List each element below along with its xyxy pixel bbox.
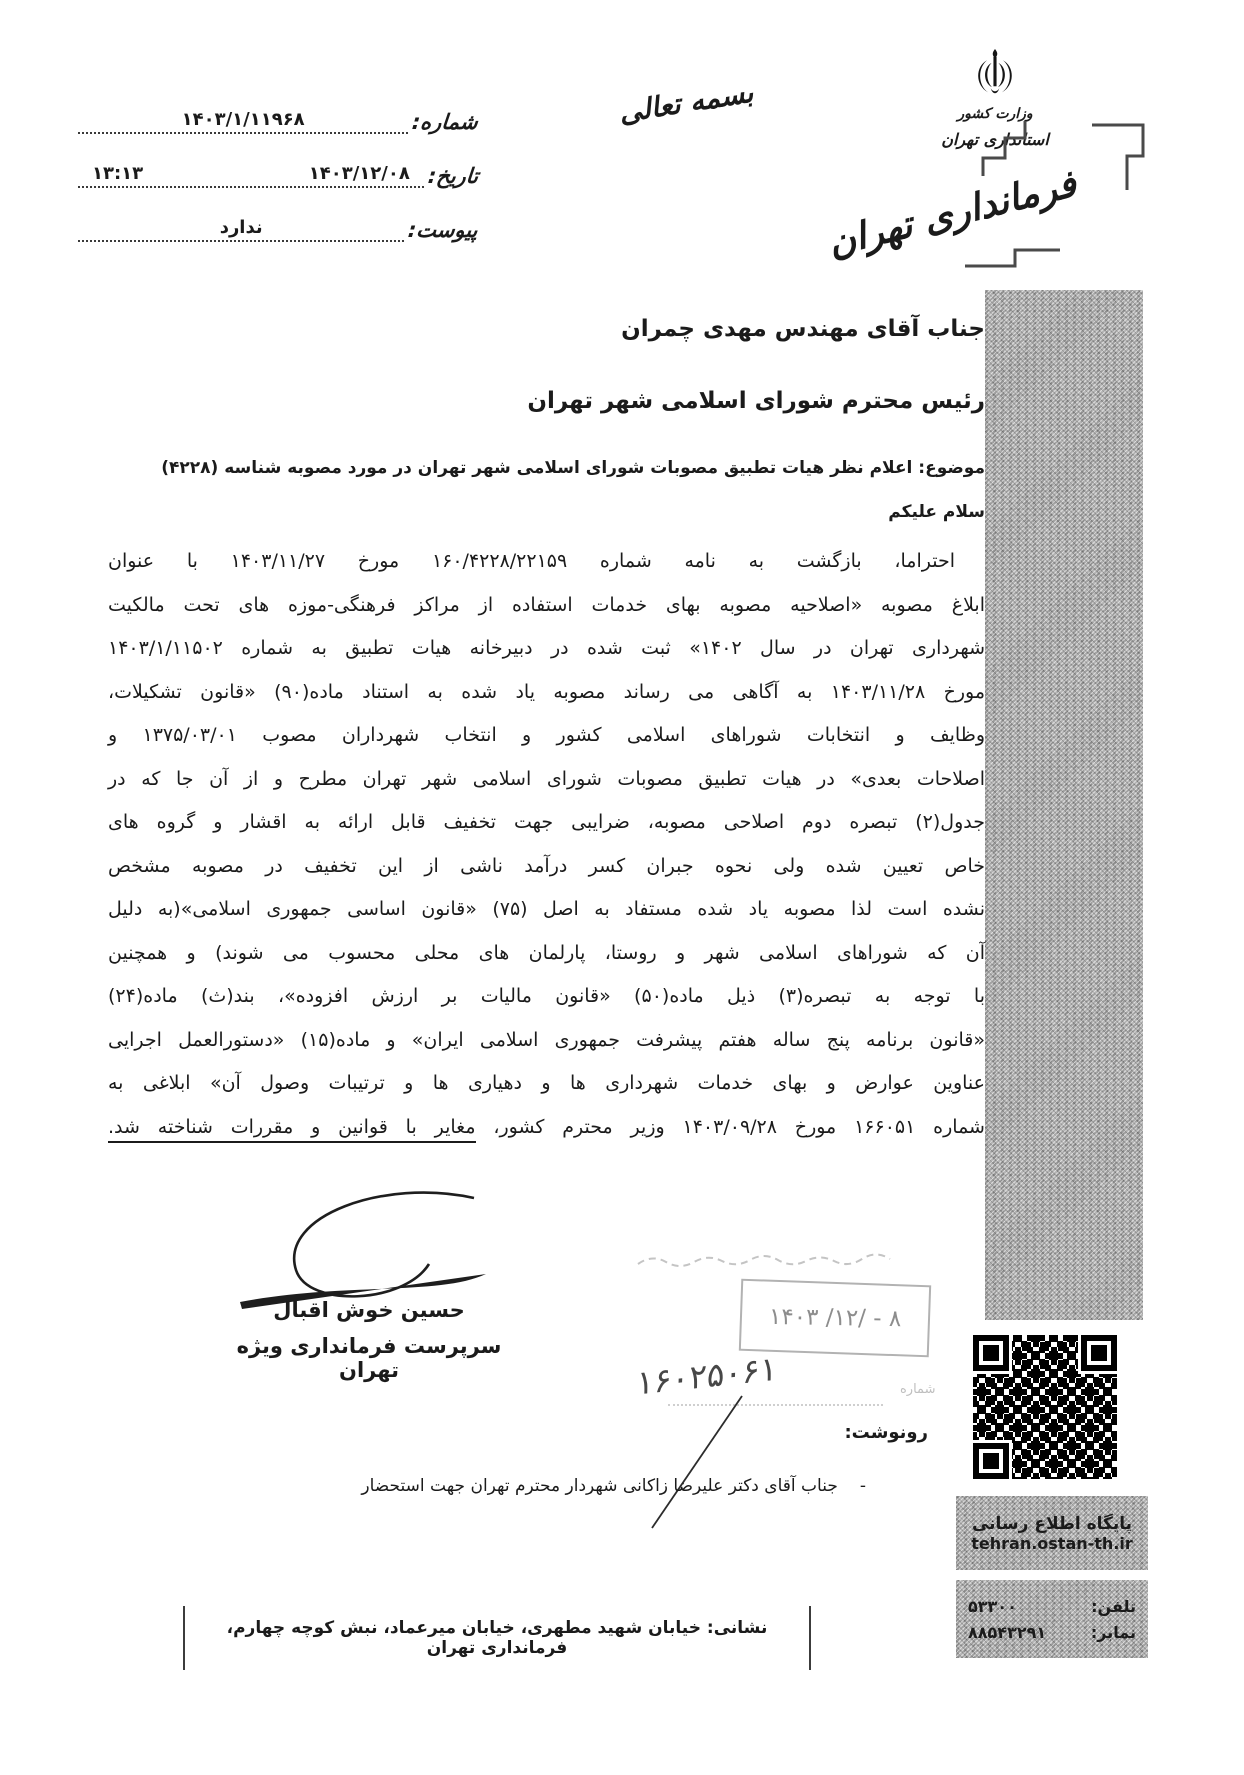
qr-finder-top-left <box>973 1335 1009 1371</box>
qr-code <box>968 1330 1122 1484</box>
cc-item: -جناب آقای دکتر علیرضا زاکانی شهردار محت… <box>361 1476 866 1496</box>
meta-attachment-row: پیوست: ندارد <box>78 212 478 242</box>
bismillah-calligraphy: بسمه تعالی <box>585 71 788 135</box>
info-portal-url: tehran.ostan-th.ir <box>971 1534 1133 1553</box>
time-value: ۱۳:۱۳ <box>92 163 143 184</box>
letter-meta-fields: شماره: ۱۴۰۳/۱/۱۱۹۶۸ تاریخ: ۱۴۰۳/۱۲/۰۸ ۱۳… <box>78 104 478 266</box>
body-line: «قانون برنامه پنج ساله هفتم پیشرفت جمهور… <box>108 1019 985 1063</box>
recipient-title: رئیس محترم شورای اسلامی شهر تهران <box>108 388 985 414</box>
letter-body-block: جناب آقای مهندس مهدی چمران رئیس محترم شو… <box>108 316 985 1149</box>
phone-fax-box: تلفن: ۵۳۳۰۰ نمابر: ۸۸۵۴۳۲۹۱ <box>956 1580 1148 1658</box>
final-line-prefix: شماره ۱۶۶۰۵۱ مورخ ۱۴۰۳/۰۹/۲۸ وزیر محترم … <box>476 1116 985 1138</box>
info-portal-box: پایگاه اطلاع رسانی tehran.ostan-th.ir <box>956 1496 1148 1570</box>
body-line: آن که شوراهای اسلامی شهر و روستا، پارلما… <box>108 932 985 976</box>
fax-value: ۸۸۵۴۳۲۹۱ <box>968 1623 1046 1642</box>
subject-line: موضوع: اعلام نظر هیات تطبیق مصوبات شورای… <box>108 458 985 478</box>
salutation: سلام علیکم <box>108 502 985 522</box>
body-line: عناوین عوارض و بهای خدمات شهرداری ها و د… <box>108 1062 985 1106</box>
final-line-underlined: مغایر با قوانین و مقررات شناخته شد. <box>108 1116 476 1143</box>
letterhead-zigzag-decoration <box>955 98 1155 283</box>
phone-row: تلفن: ۵۳۳۰۰ <box>968 1597 1136 1616</box>
number-dotted-line: ۱۴۰۳/۱/۱۱۹۶۸ <box>78 104 408 134</box>
date-dotted-line: ۱۴۰۳/۱۲/۰۸ ۱۳:۱۳ <box>78 158 424 188</box>
body-line: خاص تعیین شده ولی نحوه جبران کسر درآمد ن… <box>108 845 985 889</box>
date-value: ۱۴۰۳/۱۲/۰۸ <box>309 163 410 184</box>
phone-value: ۵۳۳۰۰ <box>968 1597 1017 1616</box>
attachment-value: ندارد <box>220 217 263 238</box>
number-label: شماره: <box>407 110 479 134</box>
attachment-label: پیوست: <box>403 218 479 242</box>
signature-block: حسین خوش اقبال سرپرست فرمانداری ویژه تهر… <box>224 1188 514 1382</box>
date-label: تاریخ: <box>423 164 479 188</box>
body-final-line: شماره ۱۶۶۰۵۱ مورخ ۱۴۰۳/۰۹/۲۸ وزیر محترم … <box>108 1106 985 1150</box>
fax-label: نمابر: <box>1091 1623 1136 1642</box>
scanned-letter-page: شماره: ۱۴۰۳/۱/۱۱۹۶۸ تاریخ: ۱۴۰۳/۱۲/۰۸ ۱۳… <box>0 0 1244 1775</box>
number-value: ۱۴۰۳/۱/۱۱۹۶۸ <box>182 109 305 130</box>
stamp-faint-header <box>634 1246 934 1274</box>
body-line: وظایف و انتخابات شوراهای اسلامی کشور و ا… <box>108 714 985 758</box>
body-line: نشده است لذا مصوبه یاد شده مستفاد به اصل… <box>108 888 985 932</box>
cc-label: رونوشت: <box>844 1422 928 1443</box>
body-line: شهرداری تهران در سال ۱۴۰۲» ثبت شده در دب… <box>108 627 985 671</box>
stamp-serial-label: شماره <box>900 1382 935 1397</box>
qr-finder-bottom-left <box>973 1443 1009 1479</box>
body-line: جدول(۲) تبصره دوم اصلاحی مصوبه، ضرایبی ج… <box>108 801 985 845</box>
signer-title: سرپرست فرمانداری ویژه تهران <box>224 1334 514 1382</box>
footer-address: نشانی: خیابان شهید مطهری، خیابان میرعماد… <box>183 1606 811 1670</box>
handwritten-diagonal-stroke <box>630 1392 760 1532</box>
attachment-dotted-line: ندارد <box>78 212 404 242</box>
qr-finder-top-right <box>1081 1335 1117 1371</box>
stamp-date: ۱۴۰۳ /۱۲/ - ۸ <box>769 1304 902 1332</box>
meta-date-row: تاریخ: ۱۴۰۳/۱۲/۰۸ ۱۳:۱۳ <box>78 158 478 188</box>
info-portal-label: پایگاه اطلاع رسانی <box>972 1514 1132 1534</box>
body-line: ابلاغ مصوبه «اصلاحیه مصوبه بهای خدمات اس… <box>108 584 985 628</box>
body-line: مورخ ۱۴۰۳/۱۱/۲۸ به آگاهی می رساند مصوبه … <box>108 671 985 715</box>
stamp-date-box: ۱۴۰۳ /۱۲/ - ۸ <box>739 1279 931 1358</box>
cc-item-text: جناب آقای دکتر علیرضا زاکانی شهردار محتر… <box>361 1476 837 1496</box>
body-line: با توجه به تبصره(۳) ذیل ماده(۵۰) «قانون … <box>108 975 985 1019</box>
recipient-name: جناب آقای مهندس مهدی چمران <box>108 316 985 342</box>
iran-emblem-icon <box>969 46 1021 104</box>
body-line: اصلاحات بعدی» در هیات تطبیق مصوبات شورای… <box>108 758 985 802</box>
cc-dash: - <box>860 1476 866 1496</box>
fax-row: نمابر: ۸۸۵۴۳۲۹۱ <box>968 1623 1136 1642</box>
scan-noise-band <box>985 290 1143 1320</box>
body-line: احتراما، بازگشت به نامه شماره ۱۶۰/۴۲۲۸/۲… <box>108 540 985 584</box>
phone-label: تلفن: <box>1091 1597 1136 1616</box>
meta-number-row: شماره: ۱۴۰۳/۱/۱۱۹۶۸ <box>78 104 478 134</box>
